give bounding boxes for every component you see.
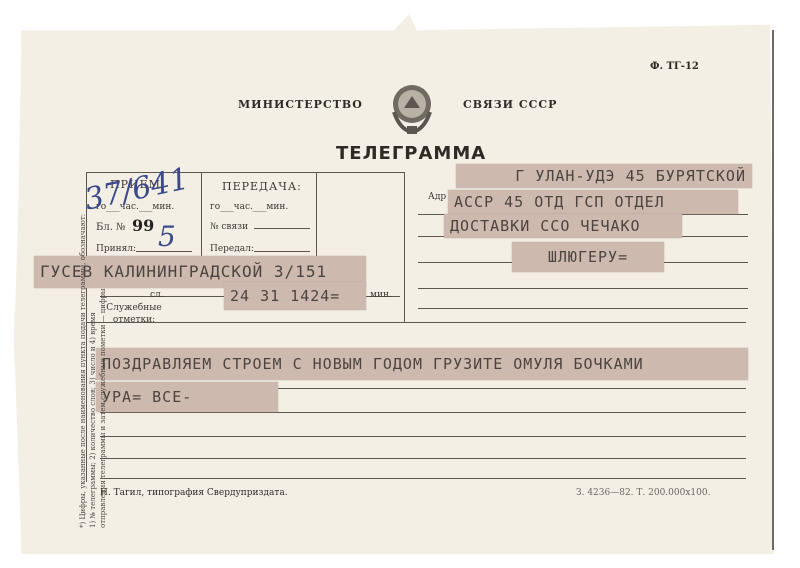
words-label: сл. [150,290,164,300]
minutes-label: мин. [370,290,392,300]
printer-imprint: Н. Тагил, типография Свердуприздата. [100,488,288,498]
transmitted-line [254,251,310,252]
side-note-line: 1) № телеграммы; 2) количество слов; 3) … [88,312,98,528]
link-label: № связи [210,222,248,232]
ussr-coat-of-arms-icon [388,82,436,136]
address-line [418,288,748,289]
message-line [100,412,746,413]
reception-divider [201,172,202,262]
blank-label: Бл. № [96,222,126,233]
side-note: *) Цифры, указанные после наименования п… [44,88,78,528]
link-line [254,228,310,229]
address-tape-1: Г УЛАН-УДЭ 45 БУРЯТСКОЙ [456,164,752,188]
address-tape-4: ШЛЮГЕРУ= [512,242,664,272]
handwritten-mark: 5 [158,220,176,253]
form-code: Ф. ТГ-12 [650,61,699,72]
address-label: Адр [428,192,446,202]
message-line [100,458,746,459]
ministry-label-right: СВЯЗИ СССР [463,98,557,111]
service-line [86,322,746,323]
blank-number: 99 [132,216,154,235]
paper-edge [772,30,774,550]
service-notes-label: Служебные отметки: [104,302,164,326]
transmission-divider [316,172,317,262]
message-tape-1: ПОЗДРАВЛЯЕМ СТРОЕМ С НОВЫМ ГОДОМ ГРУЗИТЕ… [96,348,748,380]
ministry-label: МИНИСТЕРСТВО [238,98,363,111]
print-code: З. 4236—82. Т. 200.000х100. [576,488,710,498]
transmitted-label: Передал: [210,244,254,254]
accepted-label: Принял: [96,244,136,254]
address-tape-3: ДОСТАВКИ ССО ЧЕЧАКО [444,214,682,238]
address-divider [404,172,405,322]
message-line [100,478,746,479]
transmission-heading: ПЕРЕДАЧА: [222,180,302,193]
message-tape-2: УРА= ВСЕ- [96,382,278,412]
message-line [100,436,746,437]
page-title: ТЕЛЕГРАММА [336,143,486,164]
transmission-time: го___час.___мин. [210,202,288,212]
side-note-line: *) Цифры, указанные после наименования п… [78,214,88,528]
origin-tape-2: 24 31 1424= [224,282,366,310]
address-tape-2: АССР 45 ОТД ГСП ОТДЕЛ [448,190,738,214]
address-line [418,308,748,309]
